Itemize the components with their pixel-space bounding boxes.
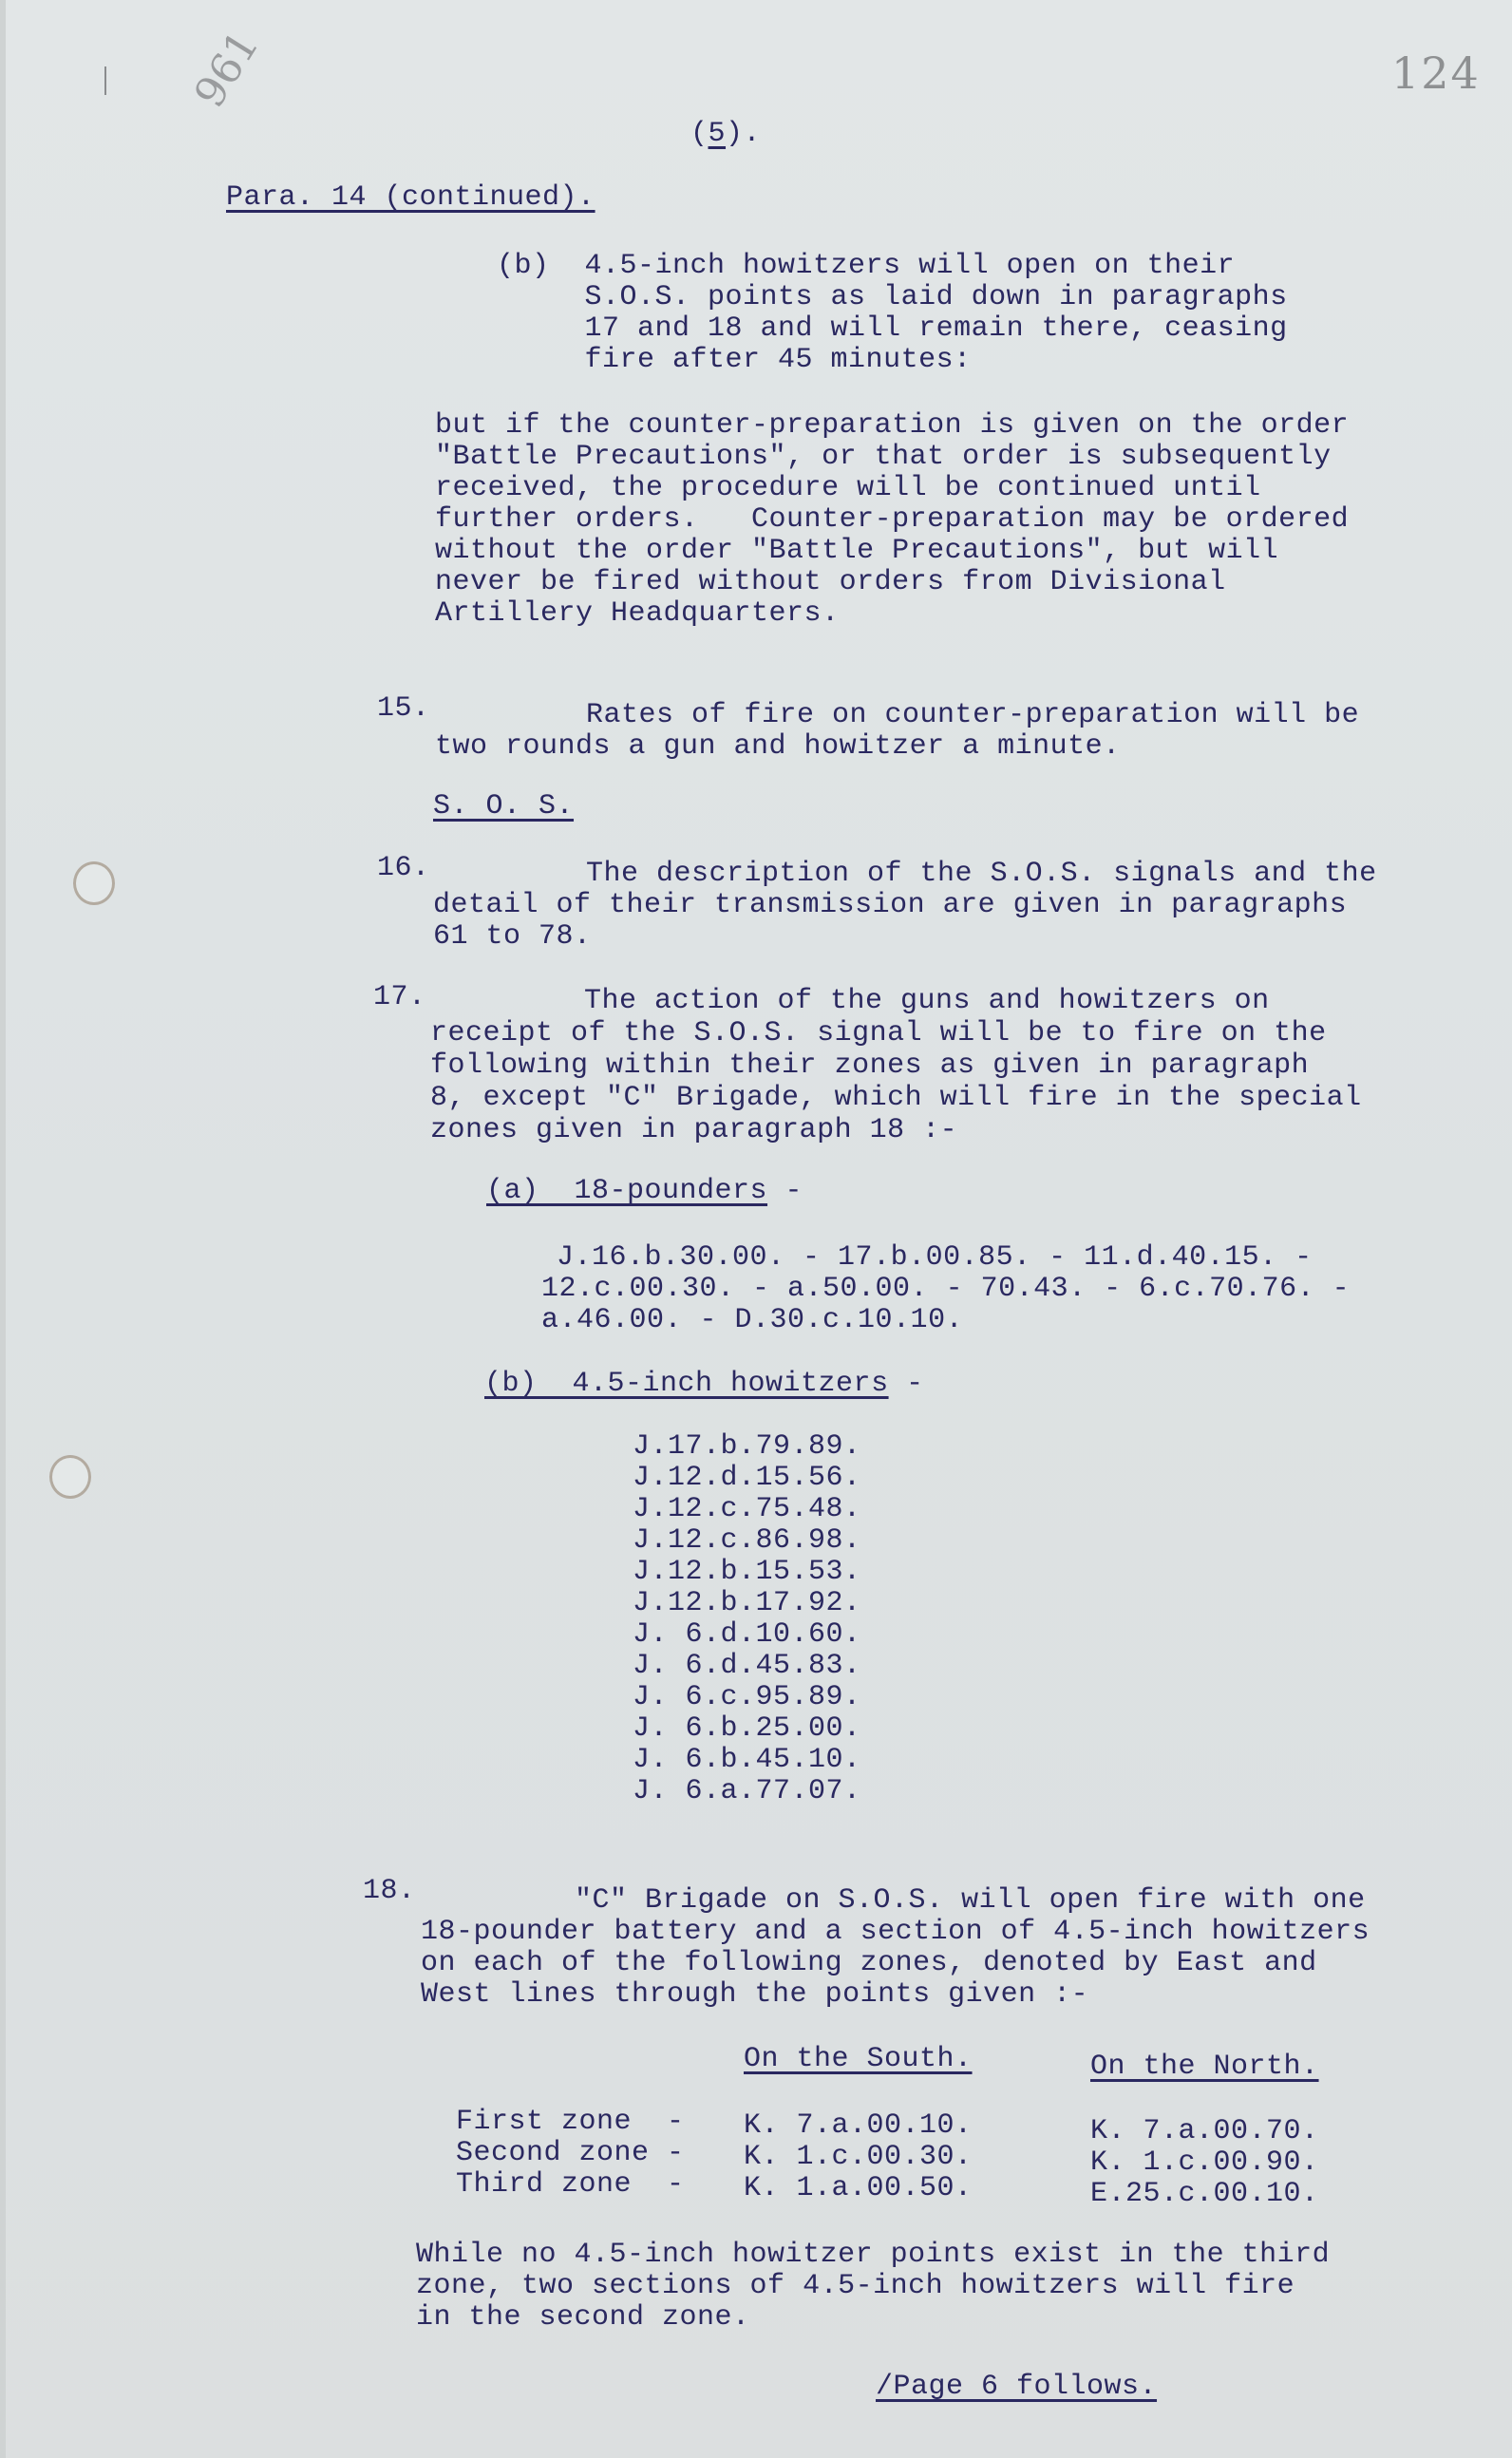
coordinate-point: J.17.b.79.89. [633, 1431, 861, 1463]
column-header-north: On the North. [1090, 2051, 1319, 2083]
coordinate-point: J. 6.b.25.00. [633, 1713, 861, 1745]
text-line: 18-pounder battery and a section of 4.5-… [421, 1917, 1370, 1948]
coordinate-point: J.12.c.86.98. [633, 1525, 861, 1557]
coordinate-point: J.12.b.15.53. [633, 1557, 861, 1588]
text-line: 8, except "C" Brigade, which will fire i… [430, 1083, 1362, 1114]
text-line: detail of their transmission are given i… [433, 890, 1347, 921]
document-page: 961 124 (5). Para. 14 (continued). (b) 4… [0, 0, 1512, 2458]
zone-north-point: K. 7.a.00.70. [1090, 2116, 1319, 2147]
coordinate-point: J.12.d.15.56. [633, 1463, 861, 1494]
zone-south-point: K. 7.a.00.10. [744, 2110, 973, 2142]
coordinate-point: J.12.c.75.48. [633, 1494, 861, 1525]
coordinate-point: J. 6.a.77.07. [633, 1776, 861, 1807]
page-number: (5). [690, 119, 761, 150]
stamped-folio-number: 124 [1391, 47, 1481, 99]
continuation-note: /Page 6 follows. [876, 2372, 1157, 2403]
text-line: zone, two sections of 4.5-inch howitzers… [416, 2271, 1295, 2302]
text-line: 61 to 78. [433, 921, 592, 953]
text-line: without the order "Battle Precautions", … [435, 536, 1278, 567]
text-line: S.O.S. points as laid down in paragraphs [497, 282, 1288, 313]
zone-south-point: K. 1.c.00.30. [744, 2142, 973, 2173]
coordinate-line: 12.c.00.30. - a.50.00. - 70.43. - 6.c.70… [541, 1274, 1350, 1305]
text-line: West lines through the points given :- [421, 1979, 1088, 2011]
text-line: never be fired without orders from Divis… [435, 567, 1226, 598]
text-line: but if the counter-preparation is given … [435, 410, 1349, 442]
sub-heading-howitzers: (b) 4.5-inch howitzers - [484, 1369, 924, 1400]
paragraph-number: 16. [377, 853, 430, 884]
coordinate-line: J.16.b.30.00. - 17.b.00.85. - 11.d.40.15… [486, 1242, 1313, 1274]
coordinate-line: a.46.00. - D.30.c.10.10. [541, 1305, 963, 1336]
zone-north-point: E.25.c.00.10. [1090, 2179, 1319, 2210]
text-line: following within their zones as given in… [430, 1050, 1309, 1082]
pencil-number-annotation: 961 [185, 23, 269, 116]
punch-hole-top [73, 861, 115, 905]
zone-label: Third zone - [456, 2169, 685, 2201]
paragraph-number: 17. [373, 982, 426, 1013]
text-line: receipt of the S.O.S. signal will be to … [430, 1018, 1327, 1049]
sub-heading-18-pounders: (a) 18-pounders - [486, 1176, 803, 1207]
text-line: zones given in paragraph 18 :- [430, 1115, 957, 1146]
text-line: two rounds a gun and howitzer a minute. [435, 731, 1121, 763]
text-line: (b) 4.5-inch howitzers will open on thei… [497, 251, 1235, 282]
text-line: received, the procedure will be continue… [435, 473, 1261, 504]
coordinate-point: J. 6.c.95.89. [633, 1682, 861, 1713]
page-edge [0, 0, 6, 2458]
text-line: 17 and 18 and will remain there, ceasing [497, 313, 1288, 345]
text-line: The action of the guns and howitzers on [584, 986, 1270, 1017]
paragraph-number: 18. [363, 1876, 416, 1907]
zone-south-point: K. 1.a.00.50. [744, 2173, 973, 2204]
coordinate-point: J. 6.d.45.83. [633, 1651, 861, 1682]
text-line: fire after 45 minutes: [497, 345, 972, 376]
zone-north-point: K. 1.c.00.90. [1090, 2147, 1319, 2179]
paragraph-number: 15. [377, 693, 430, 725]
text-line: further orders. Counter-preparation may … [435, 504, 1349, 536]
column-header-south: On the South. [744, 2044, 973, 2075]
zone-label: Second zone - [456, 2138, 685, 2169]
coordinate-point: J. 6.d.10.60. [633, 1619, 861, 1651]
text-line: "C" Brigade on S.O.S. will open fire wit… [575, 1885, 1366, 1917]
text-line: on each of the following zones, denoted … [421, 1948, 1317, 1979]
punch-hole-bottom [49, 1455, 91, 1499]
text-line: in the second zone. [416, 2302, 750, 2334]
text-line: The description of the S.O.S. signals an… [586, 859, 1377, 890]
pencil-tick-mark [104, 66, 106, 95]
zone-label: First zone - [456, 2107, 685, 2138]
coordinate-point: J. 6.b.45.10. [633, 1745, 861, 1776]
text-line: While no 4.5-inch howitzer points exist … [416, 2240, 1330, 2271]
text-line: Artillery Headquarters. [435, 598, 840, 630]
text-line: "Battle Precautions", or that order is s… [435, 442, 1332, 473]
sos-section-heading: S. O. S. [433, 791, 574, 822]
text-line: Rates of fire on counter-preparation wil… [586, 700, 1359, 731]
coordinate-point: J.12.b.17.92. [633, 1588, 861, 1619]
section-heading-para14: Para. 14 (continued). [226, 182, 595, 214]
